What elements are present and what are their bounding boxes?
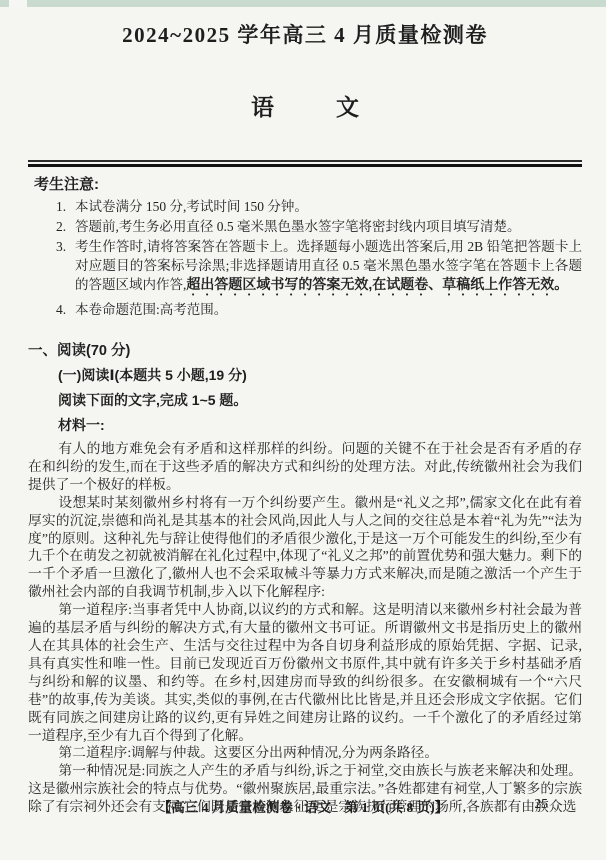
passage-paragraph-4: 第二道程序:调解与仲裁。这要区分出两种情况,分为两条路径。 bbox=[28, 744, 582, 762]
subject-title: 语 文 bbox=[28, 89, 582, 122]
notice-item-text: 本卷命题范围:高考范围。 bbox=[75, 302, 227, 317]
notice-item-number: 2. bbox=[56, 217, 66, 236]
notice-item-number: 4. bbox=[56, 300, 66, 319]
section-heading-reading: 一、阅读(70 分) bbox=[28, 339, 582, 360]
subject-char-first: 语 bbox=[251, 89, 274, 122]
exam-title: 2024~2025 学年高三 4 月质量检测卷 bbox=[28, 19, 582, 49]
reading-instruction: 阅读下面的文字,完成 1~5 题。 bbox=[58, 390, 582, 410]
notice-item-4: 4. 本卷命题范围:高考范围。 bbox=[56, 300, 582, 319]
page-content: 2024~2025 学年高三 4 月质量检测卷 语 文 考生注意: 1. 本试卷… bbox=[0, 19, 606, 816]
notice-item-3: 3. 考生作答时,请将答案答在答题卡上。选择题每小题选出答案后,用 2B 铅笔把… bbox=[56, 237, 582, 299]
scan-edge-strip bbox=[0, 0, 606, 7]
reading-passage: 有人的地方难免会有矛盾和这样那样的纠纷。问题的关键不在于社会是否有矛盾的存在和纠… bbox=[28, 440, 582, 816]
passage-paragraph-2: 设想某时某刻徽州乡村将有一万个纠纷要产生。徽州是“礼义之邦”,儒家文化在此有着厚… bbox=[28, 494, 582, 601]
notice-item-2: 2. 答题前,考生务必用直径 0.5 毫米黑色墨水签字笔将密封线内项目填写清楚。 bbox=[56, 217, 582, 236]
notice-heading: 考生注意: bbox=[34, 173, 582, 194]
footer-title-page-info: 【高三 4 月质量检测卷 · 语文 第 1 页(共 8 页)】 bbox=[158, 800, 448, 815]
notice-item-number: 3. bbox=[56, 237, 66, 256]
passage-paragraph-1: 有人的地方难免会有矛盾和这样那样的纠纷。问题的关键不在于社会是否有矛盾的存在和纠… bbox=[28, 440, 582, 494]
notice-divider bbox=[28, 160, 582, 167]
notice-item-emphasized-text: 超出答题区域书写的答案无效,在试题卷、草稿纸上作答无效。 bbox=[186, 276, 568, 292]
notice-item-text: 本试卷满分 150 分,考试时间 150 分钟。 bbox=[75, 199, 308, 214]
subject-char-second: 文 bbox=[336, 89, 359, 122]
notice-item-text: 答题前,考生务必用直径 0.5 毫米黑色墨水签字笔将密封线内项目填写清楚。 bbox=[75, 219, 521, 234]
notice-item-number: 1. bbox=[56, 197, 66, 216]
page-footer: 【高三 4 月质量检测卷 · 语文 第 1 页(共 8 页)】 25 bbox=[0, 796, 606, 816]
material-label: 材料一: bbox=[58, 415, 582, 435]
notice-item-1: 1. 本试卷满分 150 分,考试时间 150 分钟。 bbox=[56, 197, 582, 216]
notice-list: 1. 本试卷满分 150 分,考试时间 150 分钟。 2. 答题前,考生务必用… bbox=[56, 197, 582, 319]
footer-page-code: 25 bbox=[535, 796, 549, 812]
exam-paper-page: 2024~2025 学年高三 4 月质量检测卷 语 文 考生注意: 1. 本试卷… bbox=[0, 0, 606, 860]
subsection-heading-reading-1: (一)阅读Ⅰ(本题共 5 小题,19 分) bbox=[58, 365, 582, 385]
passage-paragraph-3: 第一道程序:当事者凭中人协商,以议约的方式和解。这是明清以来徽州乡村社会最为普遍… bbox=[28, 601, 582, 744]
